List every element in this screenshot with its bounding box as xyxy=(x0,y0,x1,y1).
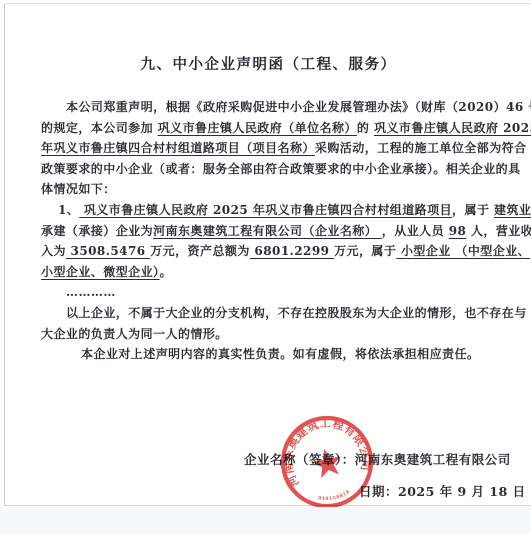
filled-blank: 6801.2299 xyxy=(250,244,334,258)
body-text: 大企业的负责人为同一人的情形。 xyxy=(41,327,228,341)
body-line: 小型企业、微型企业）。 xyxy=(41,262,497,283)
body-line: 年巩义市鲁庄镇四合村村组道路项目（项目名称）采购活动，工程的施工单位全部为符合 xyxy=(41,138,497,159)
filled-blank: 年巩义市鲁庄镇四合村村组道路项目（项目名称） xyxy=(41,141,315,155)
body-text: 入为 xyxy=(41,244,66,258)
filled-blank: 巩义市鲁庄镇人民政府（单位名称） xyxy=(158,121,357,135)
body-text: 人，营业收 xyxy=(466,224,531,238)
filled-blank: 建筑业 xyxy=(494,203,531,217)
body-line: ………… xyxy=(41,282,497,303)
filled-blank: 小型企业、微型企业） xyxy=(41,265,160,279)
body-text: 的 xyxy=(357,121,374,135)
filled-blank: 3508.5476 xyxy=(66,244,150,258)
body-text: 以上企业，不属于大企业的分支机构，不存在控股股东为大企业的情形，也不存在与 xyxy=(66,306,527,320)
signature-date-label: 日期： xyxy=(359,484,398,499)
filled-blank: 巩义市鲁庄镇人民政府 2025 xyxy=(374,121,531,135)
body-line: 承建（承接）企业为河南东奥建筑工程有限公司（企业名称） ，从业人员 98 人，营… xyxy=(41,221,497,242)
body-text: 本企业对上述声明内容的真实性负责。如有虚假，将依法承担相应责任。 xyxy=(81,347,479,361)
document-title: 九、中小企业声明函（工程、服务） xyxy=(5,53,531,74)
body-line: 1、 巩义市鲁庄镇人民政府 2025 年巩义市鲁庄镇四合村村组道路项目，属于 建… xyxy=(41,200,497,221)
body-text: 的规定，本公司参加 xyxy=(41,121,158,135)
body-text: 本公司郑重声明，根据《政府采购促进中小企业发展管理办法》（财库（2020）46 … xyxy=(66,100,531,114)
filled-blank: 98 xyxy=(449,224,467,238)
body-line: 本企业对上述声明内容的真实性负责。如有虚假，将依法承担相应责任。 xyxy=(41,344,497,365)
signature-name-line: 企业名称（签章）：河南东奥建筑工程有限公司 xyxy=(244,450,511,468)
page-bottom-gap xyxy=(0,507,531,534)
body-line: 入为 3508.5476 万元，资产总额为 6801.2299 万元，属于 小型… xyxy=(41,241,497,262)
filled-blank: 巩义市鲁庄镇人民政府 2025 年巩义市鲁庄镇四合村村组道路项目 xyxy=(79,203,452,217)
signature-date-value: 2025 年 9 月 18 日 xyxy=(398,484,526,499)
body-line: 以上企业，不属于大企业的分支机构，不存在控股股东为大企业的情形，也不存在与 xyxy=(41,303,497,324)
seal-company-arc-text: 河南东奥建筑工程有限公司 xyxy=(272,407,376,490)
body-text: 采购活动，工程的施工单位全部为符合 xyxy=(315,141,527,155)
body-text: 万元，资产总额为 xyxy=(150,244,250,258)
signature-name-value: 河南东奥建筑工程有限公司 xyxy=(355,452,511,467)
filled-blank: 小型企业 （中型企业、 xyxy=(396,244,530,258)
body-line: 本公司郑重声明，根据《政府采购促进中小企业发展管理办法》（财库（2020）46 … xyxy=(41,97,497,118)
body-line: 的规定，本公司参加 巩义市鲁庄镇人民政府（单位名称）的 巩义市鲁庄镇人民政府 2… xyxy=(41,118,497,139)
document-body: 本公司郑重声明，根据《政府采购促进中小企业发展管理办法》（财库（2020）46 … xyxy=(41,97,497,365)
body-text: 体情况如下： xyxy=(41,182,116,196)
body-text: 万元，属于 xyxy=(334,244,396,258)
signature-date-line: 日期：2025 年 9 月 18 日 xyxy=(359,482,526,500)
body-text: ，属于 xyxy=(452,203,494,217)
body-line: 政策要求的中小企业（或者：服务全部由符合政策要求的中小企业承接）。相关企业的具 xyxy=(41,159,497,180)
body-text: 。 xyxy=(160,265,172,279)
body-line: 体情况如下： xyxy=(41,179,497,200)
body-line: 大企业的负责人为同一人的情形。 xyxy=(41,324,497,345)
document-page: 九、中小企业声明函（工程、服务） 本公司郑重声明，根据《政府采购促进中小企业发展… xyxy=(4,3,531,506)
document-viewer: { "document": { "title": "九、中小企业声明函（工程、服… xyxy=(0,0,531,534)
filled-blank: 河南东奥建筑工程有限公司（企业名称） xyxy=(153,224,382,238)
body-text: ………… xyxy=(66,285,116,299)
signature-name-label: 企业名称（签章）： xyxy=(244,452,355,467)
body-text: 承建（承接）企业为 xyxy=(41,224,153,238)
body-text: 政策要求的中小企业（或者：服务全部由符合政策要求的中小企业承接）。相关企业的具 xyxy=(41,162,521,176)
body-text: ，从业人员 xyxy=(382,224,449,238)
body-text: 1、 xyxy=(58,203,79,217)
